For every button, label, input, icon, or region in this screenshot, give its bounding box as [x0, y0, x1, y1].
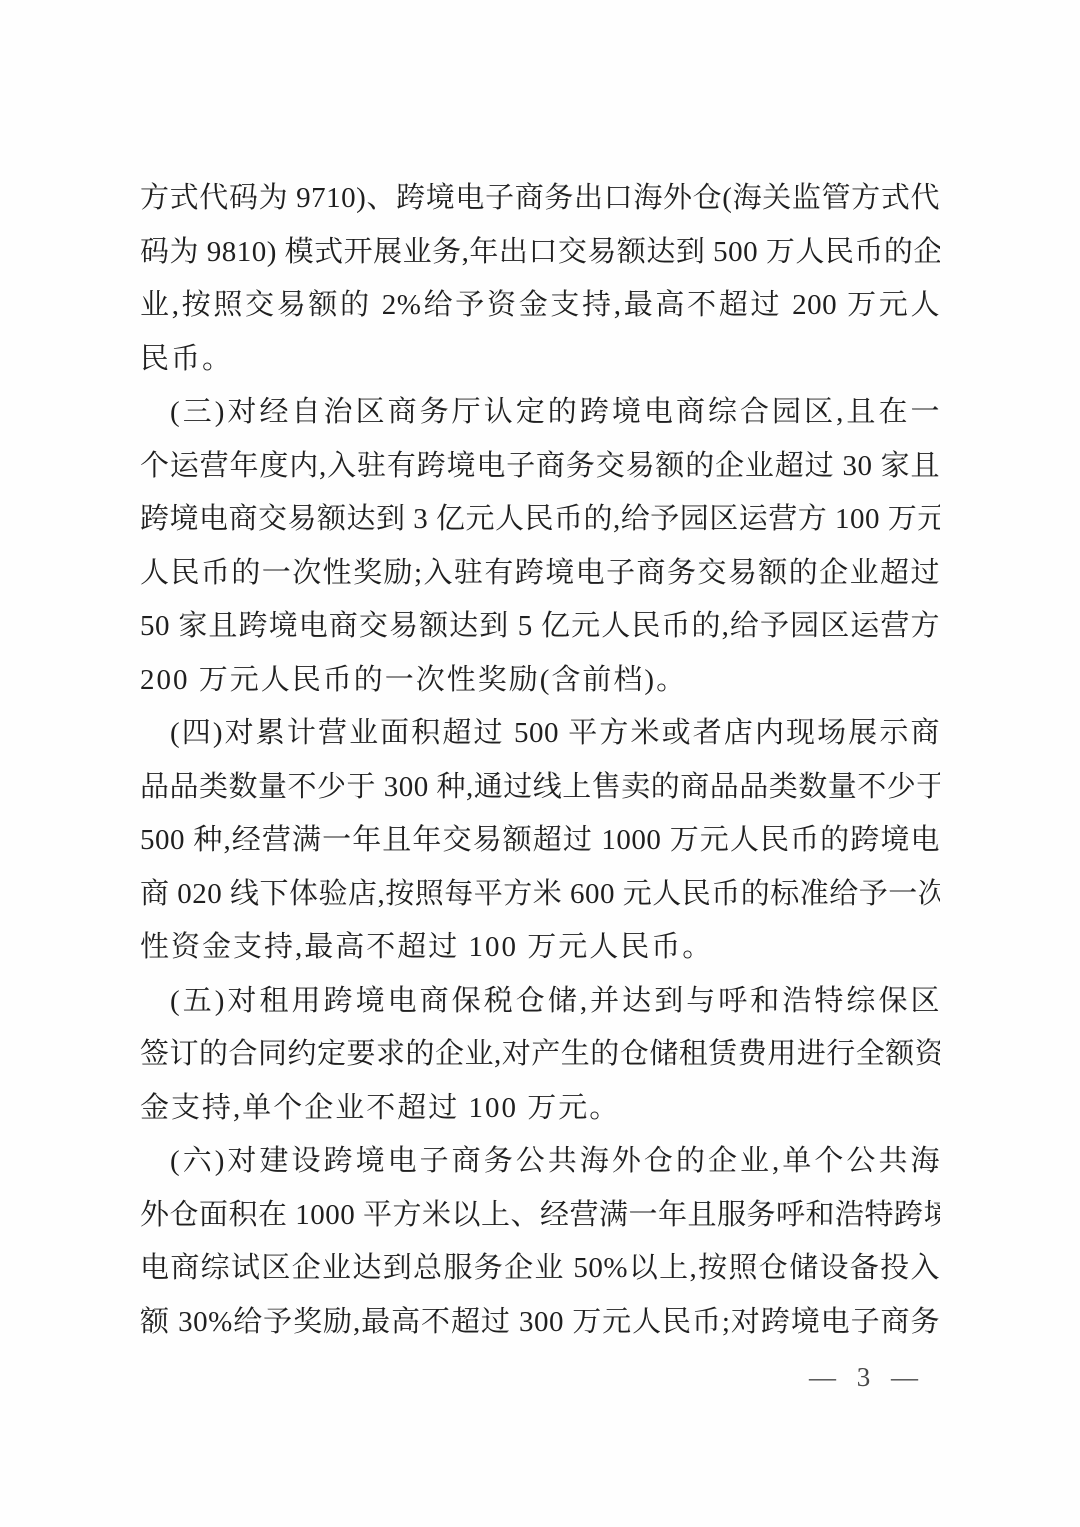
- text-line: 业,按照交易额的 2%给予资金支持,最高不超过 200 万元人: [140, 279, 940, 333]
- text-line: 500 种,经营满一年且年交易额超过 1000 万元人民币的跨境电: [140, 814, 940, 868]
- text-line: 个运营年度内,入驻有跨境电子商务交易额的企业超过 30 家且: [140, 440, 940, 494]
- text-line: 金支持,单个企业不超过 100 万元。: [140, 1082, 940, 1136]
- text-line: 民币。: [140, 333, 940, 387]
- paragraph: (三)对经自治区商务厅认定的跨境电商综合园区,且在一个运营年度内,入驻有跨境电子…: [140, 386, 940, 707]
- text-line: 额 30%给予奖励,最高不超过 300 万元人民币;对跨境电子商务: [140, 1296, 940, 1350]
- paragraph: (四)对累计营业面积超过 500 平方米或者店内现场展示商品品类数量不少于 30…: [140, 707, 940, 975]
- text-line: 商 020 线下体验店,按照每平方米 600 元人民币的标准给予一次: [140, 868, 940, 922]
- paragraph: 方式代码为 9710)、跨境电子商务出口海外仓(海关监管方式代码为 9810) …: [140, 172, 940, 386]
- page-number: — 3 —: [809, 1360, 920, 1394]
- text-line: 签订的合同约定要求的企业,对产生的仓储租赁费用进行全额资: [140, 1028, 940, 1082]
- text-line: 电商综试区企业达到总服务企业 50%以上,按照仓储设备投入: [140, 1242, 940, 1296]
- text-line: 200 万元人民币的一次性奖励(含前档)。: [140, 654, 940, 708]
- text-line: 50 家且跨境电商交易额达到 5 亿元人民币的,给予园区运营方: [140, 600, 940, 654]
- text-line: 方式代码为 9710)、跨境电子商务出口海外仓(海关监管方式代: [140, 172, 940, 226]
- text-line: 品品类数量不少于 300 种,通过线上售卖的商品品类数量不少于: [140, 761, 940, 815]
- text-line: (六)对建设跨境电子商务公共海外仓的企业,单个公共海: [140, 1135, 940, 1189]
- text-line: 外仓面积在 1000 平方米以上、经营满一年且服务呼和浩特跨境: [140, 1189, 940, 1243]
- text-line: 性资金支持,最高不超过 100 万元人民币。: [140, 921, 940, 975]
- text-line: (三)对经自治区商务厅认定的跨境电商综合园区,且在一: [140, 386, 940, 440]
- text-line: (四)对累计营业面积超过 500 平方米或者店内现场展示商: [140, 707, 940, 761]
- text-line: (五)对租用跨境电商保税仓储,并达到与呼和浩特综保区: [140, 975, 940, 1029]
- text-line: 跨境电商交易额达到 3 亿元人民币的,给予园区运营方 100 万元: [140, 493, 940, 547]
- text-line: 人民币的一次性奖励;入驻有跨境电子商务交易额的企业超过: [140, 547, 940, 601]
- document-page: 方式代码为 9710)、跨境电子商务出口海外仓(海关监管方式代码为 9810) …: [0, 0, 1080, 1527]
- paragraph: (六)对建设跨境电子商务公共海外仓的企业,单个公共海外仓面积在 1000 平方米…: [140, 1135, 940, 1349]
- paragraph: (五)对租用跨境电商保税仓储,并达到与呼和浩特综保区签订的合同约定要求的企业,对…: [140, 975, 940, 1136]
- text-line: 码为 9810) 模式开展业务,年出口交易额达到 500 万人民币的企: [140, 226, 940, 280]
- document-body: 方式代码为 9710)、跨境电子商务出口海外仓(海关监管方式代码为 9810) …: [140, 172, 940, 1349]
